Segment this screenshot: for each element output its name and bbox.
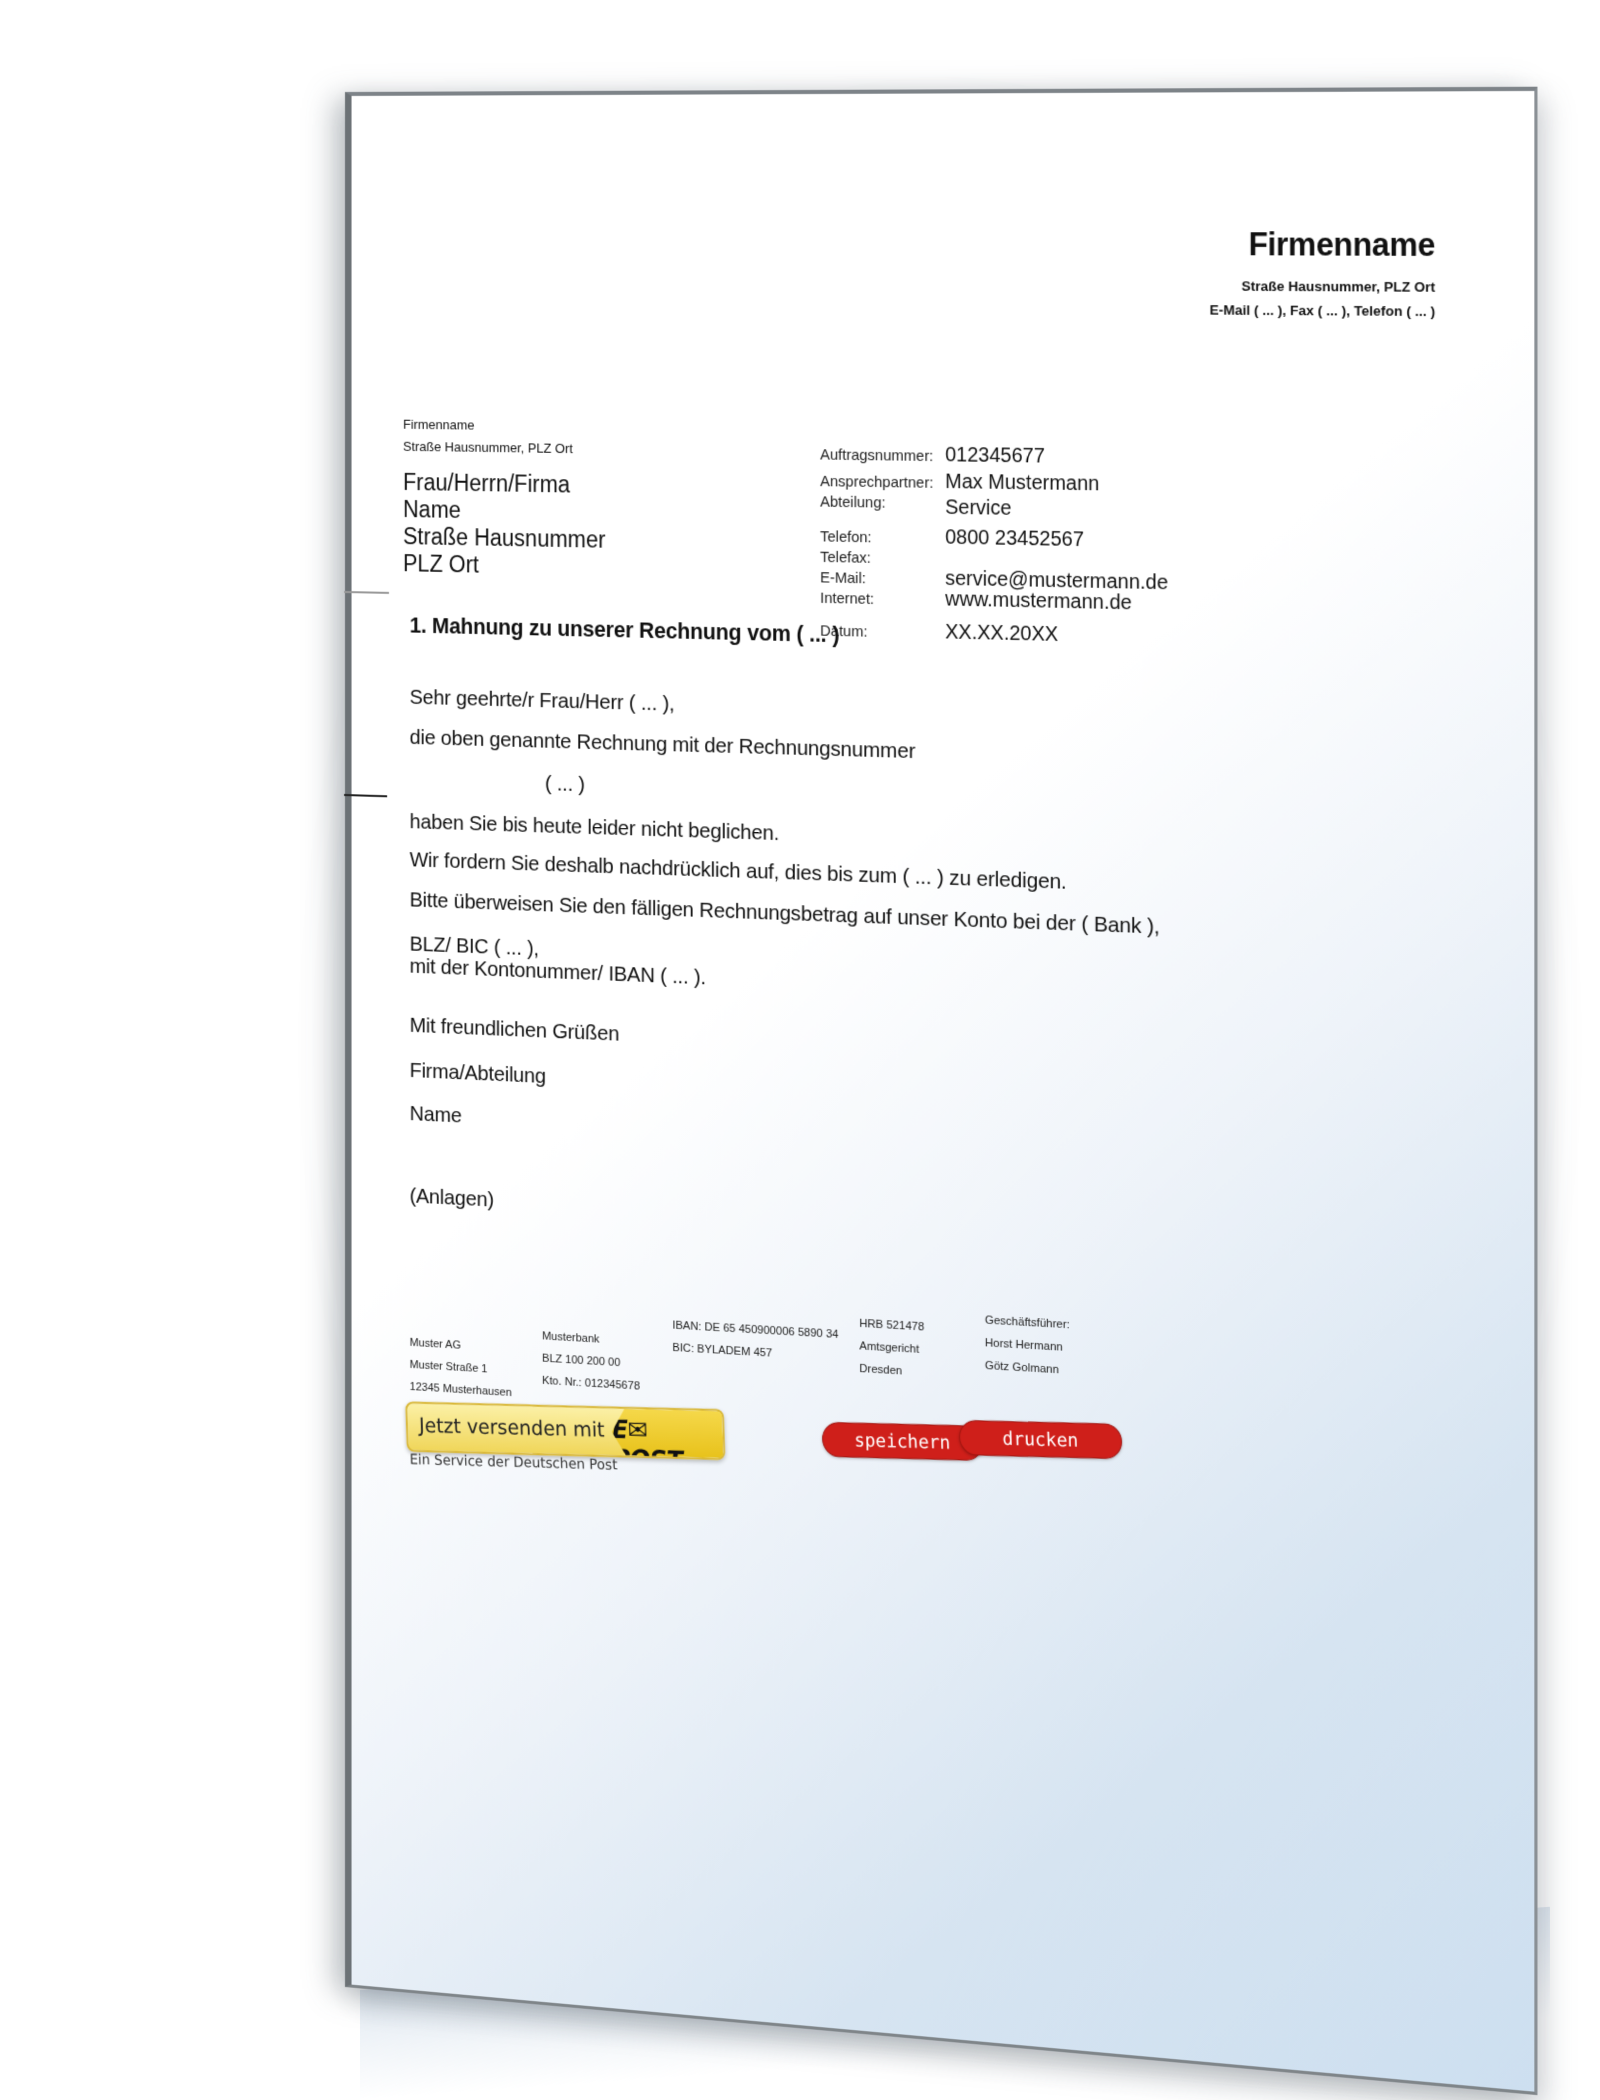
letter-salutation: Sehr geehrte/r Frau/Herr ( ... ), [410, 686, 675, 717]
signature-name: Name [410, 1102, 462, 1129]
letter-closing: Mit freundlichen Grüßen [410, 1014, 620, 1047]
sender-address: Straße Hausnummer, PLZ Ort [403, 439, 573, 456]
letter-subject: 1. Mahnung zu unserer Rechnung vom ( ...… [410, 612, 840, 648]
footer-line: Dresden [859, 1358, 924, 1384]
recipient-line: PLZ Ort [403, 550, 606, 581]
info-value: Service [945, 496, 1011, 521]
document-preview-stage: Firmenname Straße Hausnummer, PLZ Ort E-… [0, 0, 1600, 2100]
letter-body-line: Bitte überweisen Sie den fälligen Rechnu… [410, 888, 1160, 940]
info-label: Internet: [820, 590, 874, 609]
info-value: XX.XX.20XX [945, 621, 1058, 647]
letter-page: Firmenname Straße Hausnummer, PLZ Ort E-… [345, 87, 1537, 2095]
footer-address: Muster AG Muster Straße 1 12345 Musterha… [410, 1332, 512, 1404]
epost-logo-icon: E✉POST [611, 1415, 712, 1461]
info-label: Abteilung: [820, 493, 886, 511]
info-value: www.mustermann.de [945, 588, 1132, 616]
letterhead-company-name: Firmenname [1249, 226, 1436, 264]
letter-body-line: Wir fordern Sie deshalb nachdrücklich au… [410, 848, 1067, 895]
letterhead-contact: E-Mail ( ... ), Fax ( ... ), Telefon ( .… [1210, 302, 1436, 319]
attachments-note: (Anlagen) [410, 1184, 494, 1212]
recipient-line: Straße Hausnummer [403, 523, 606, 554]
info-row-date: Datum: XX.XX.20XX [820, 618, 1383, 655]
send-with-epost-button[interactable]: Jetzt versenden mit E✉POST [405, 1402, 725, 1461]
bank-details: BLZ/ BIC ( ... ), mit der Kontonummer/ I… [410, 933, 706, 989]
footer-line: Götz Golmann [985, 1355, 1070, 1383]
invoice-number-placeholder: ( ... ) [545, 772, 585, 797]
fold-mark [344, 591, 389, 594]
recipient-line: Name [403, 496, 606, 527]
letterhead-address: Straße Hausnummer, PLZ Ort [1241, 278, 1435, 295]
info-label: Auftragsnummer: [820, 446, 933, 465]
letter-body-line: die oben genannte Rechnung mit der Rechn… [410, 726, 916, 764]
footer-bank: Musterbank BLZ 100 200 00 Kto. Nr.: 0123… [542, 1325, 640, 1398]
footer-line: 12345 Musterhausen [410, 1376, 512, 1404]
info-block: Auftragsnummer: 012345677 Ansprechpartne… [820, 442, 1383, 449]
epost-button-label: Jetzt versenden mit [419, 1413, 605, 1442]
recipient-line: Frau/Herrn/Firma [403, 469, 606, 499]
print-button[interactable]: drucken [959, 1420, 1123, 1459]
epost-logo-area: E✉POST [611, 1408, 723, 1458]
footer-registry: HRB 521478 Amtsgericht Dresden [859, 1312, 924, 1384]
letter-body-line: haben Sie bis heute leider nicht beglich… [410, 810, 779, 846]
signature-company: Firma/Abteilung [410, 1059, 546, 1089]
sender-name: Firmenname [403, 417, 474, 433]
fold-mark [344, 794, 387, 797]
recipient-address: Frau/Herrn/Firma Name Straße Hausnummer … [403, 469, 606, 581]
info-value: 012345677 [945, 444, 1045, 469]
footer-iban: IBAN: DE 65 450900006 5890 34 BIC: BYLAD… [672, 1314, 838, 1368]
footer-management: Geschäftsführer: Horst Hermann Götz Golm… [985, 1309, 1070, 1382]
footer-line: Kto. Nr.: 012345678 [542, 1370, 640, 1398]
